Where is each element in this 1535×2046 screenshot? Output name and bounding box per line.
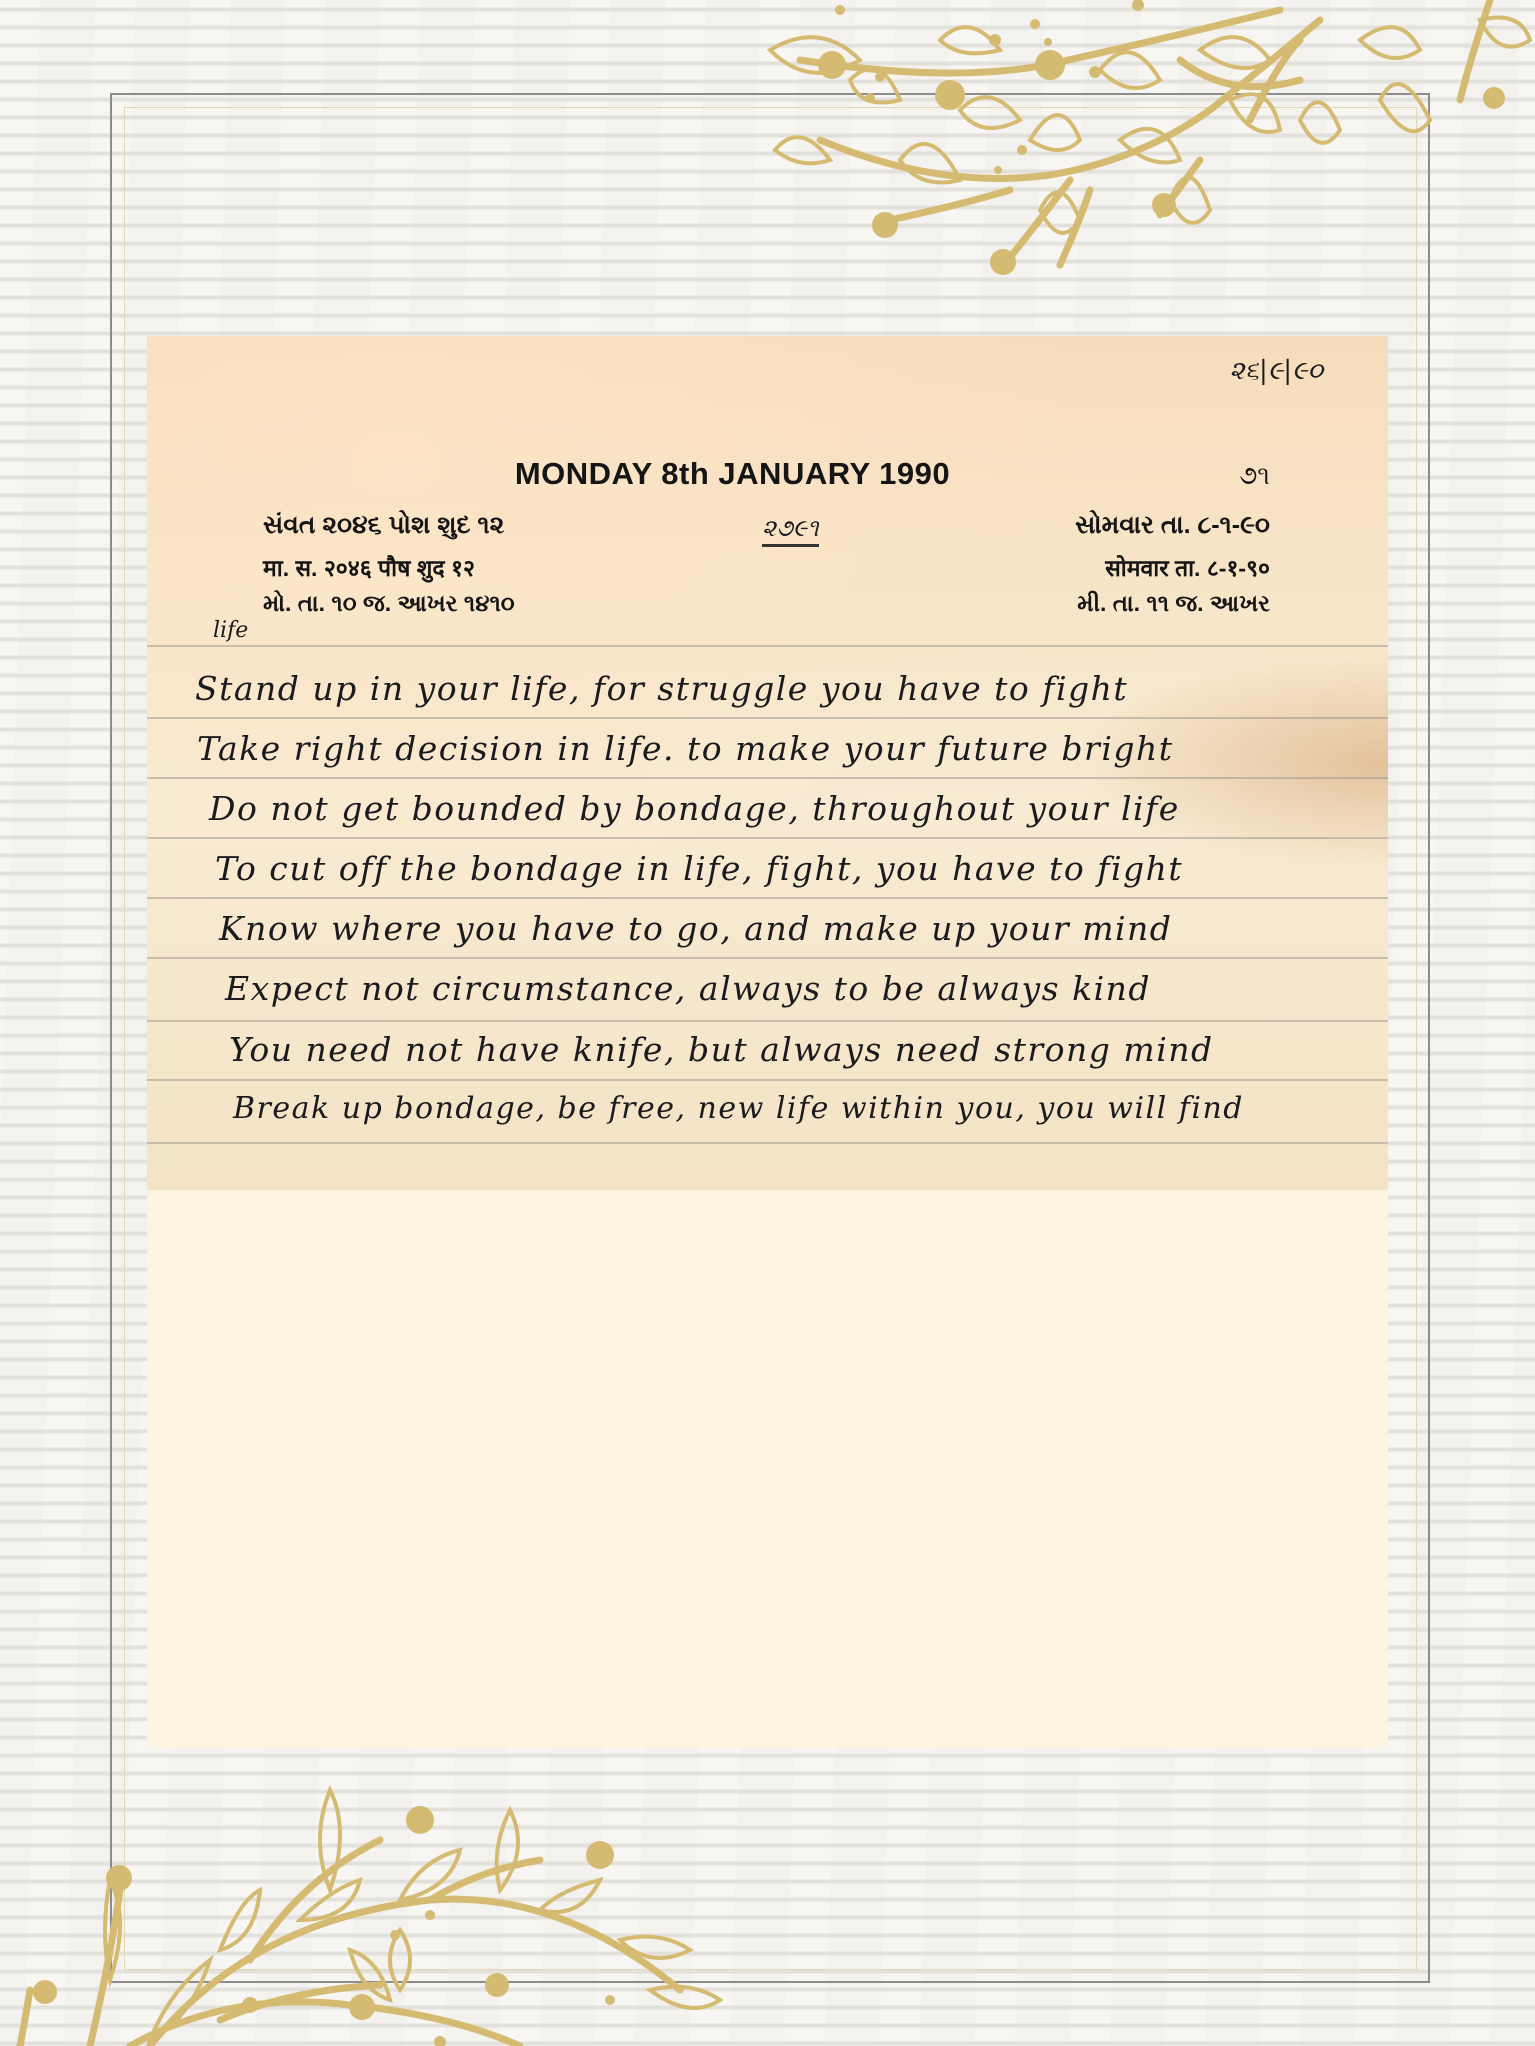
handwritten-number: ૨૭૯૧	[762, 514, 819, 547]
ruled-line	[147, 897, 1388, 899]
poem-line-3: Do not get bounded by bondage, throughou…	[209, 789, 1180, 828]
calendar-left-line-3: મો. તા. ૧૦ જ. આખર ૧૪૧૦	[263, 590, 515, 617]
ruled-line	[147, 957, 1388, 959]
calendar-left-line-2: मा. स. २०४६ पौष शुद १२	[263, 551, 475, 583]
poem-line-7: You need not have knife, but always need…	[229, 1030, 1214, 1069]
ruled-line	[147, 1020, 1388, 1022]
poem-line-6: Expect not circumstance, always to be al…	[225, 969, 1151, 1008]
handwritten-date: ૨૬|૯|૯૦	[1229, 356, 1323, 387]
gold-leaf-branch-icon	[0, 1760, 800, 2046]
diary-page-photo: ૨૬|૯|૯૦ MONDAY 8th JANUARY 1990 ૭૧ સંવત …	[147, 336, 1388, 1190]
poem-line-8: Break up bondage, be free, new life with…	[233, 1091, 1244, 1126]
ruled-line	[147, 1079, 1388, 1081]
printed-date-heading: MONDAY 8th JANUARY 1990	[147, 456, 1388, 492]
ruled-line	[147, 717, 1388, 719]
ruled-line	[147, 1142, 1388, 1144]
page-number: ૭૧	[1239, 460, 1270, 492]
poem-line-1: Stand up in your life, for struggle you …	[195, 669, 1128, 708]
calendar-right-line-2: सोमवार ता. ८-१-९०	[1105, 551, 1270, 583]
gold-leaf-branch-icon	[760, 0, 1535, 310]
calendar-right-line-3: મી. તા. ૧૧ જ. આખર	[1077, 590, 1270, 617]
margin-note: life	[213, 618, 248, 643]
ruled-line	[147, 777, 1388, 779]
calendar-left-line-1: સંવત ૨૦૪૬ પોશ શુદ ૧૨	[263, 511, 504, 540]
calendar-right-line-1: સોમવાર તા. ૮-૧-૯૦	[1075, 511, 1270, 540]
ruled-line	[147, 837, 1388, 839]
poem-line-4: To cut off the bondage in life, fight, y…	[215, 849, 1183, 888]
poem-line-2: Take right decision in life. to make you…	[197, 729, 1174, 768]
poem-line-5: Know where you have to go, and make up y…	[219, 909, 1172, 948]
header-divider-line	[147, 645, 1388, 647]
